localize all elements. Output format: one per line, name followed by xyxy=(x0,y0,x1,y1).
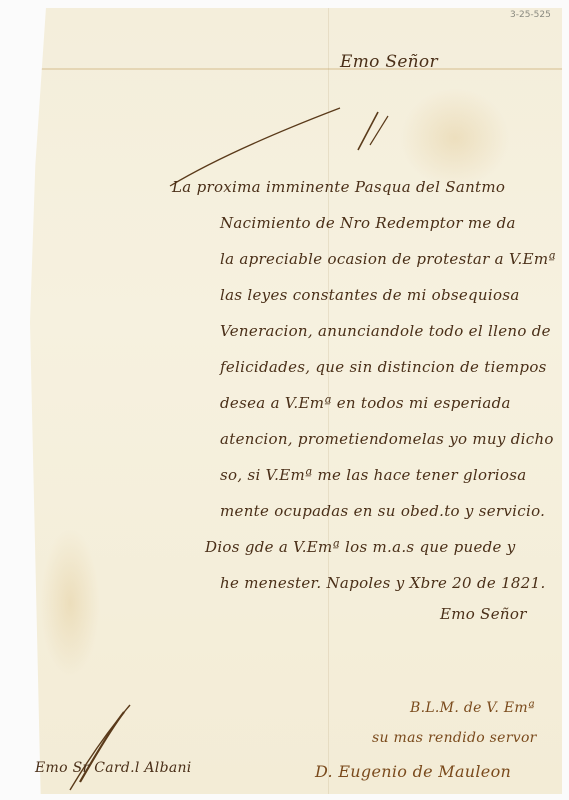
signature-line: B.L.M. de V. Emª xyxy=(410,700,535,716)
body-line: atencion, prometiendomelas yo muy dicho xyxy=(220,430,554,448)
body-line: mente ocupadas en su obed.to y servicio. xyxy=(220,502,545,520)
body-line: las leyes constantes de mi obsequiosa xyxy=(220,286,520,304)
body-line: Dios gde a V.Emª los m.a.s que puede y xyxy=(205,538,516,556)
body-line: la apreciable ocasion de protestar a V.E… xyxy=(220,250,556,268)
body-line: Veneracion, anunciandole todo el lleno d… xyxy=(220,322,551,340)
body-line: La proxima imminente Pasqua del Santmo xyxy=(172,178,505,196)
signature-line: su mas rendido servor xyxy=(372,730,537,746)
body-line: felicidades, que sin distincion de tiemp… xyxy=(220,358,547,376)
body-line: Nacimiento de Nro Redemptor me da xyxy=(220,214,516,232)
body-line: desea a V.Emª en todos mi esperiada xyxy=(220,394,511,412)
signature-name: D. Eugenio de Mauleon xyxy=(315,762,511,781)
body-line: so, si V.Emª me las hace tener gloriosa xyxy=(220,466,526,484)
body-line: he menester. Napoles y Xbre 20 de 1821. xyxy=(220,574,546,592)
addressee: Emo Sr Card.l Albani xyxy=(35,760,192,776)
closing: Emo Señor xyxy=(440,605,527,623)
